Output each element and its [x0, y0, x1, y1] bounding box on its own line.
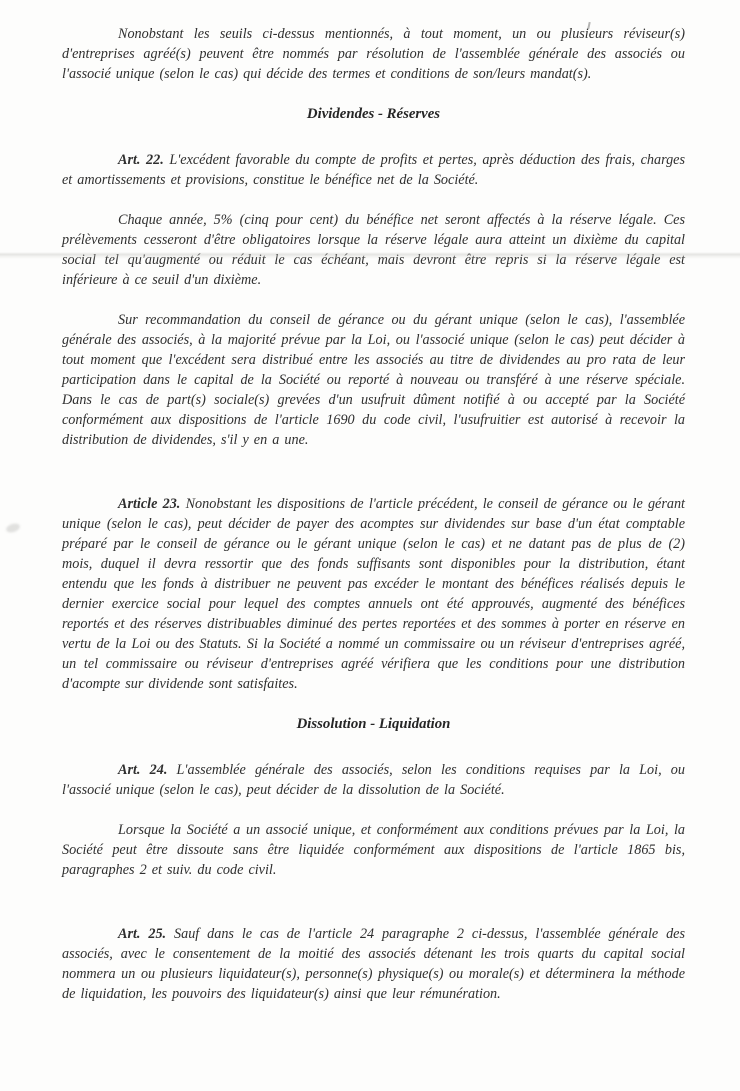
article-23-text: Nonobstant les dispositions de l'article…: [62, 496, 685, 692]
paragraph-article-25: Art. 25. Sauf dans le cas de l'article 2…: [62, 924, 685, 1004]
scanned-document-page: Nonobstant les seuils ci-dessus mentionn…: [0, 0, 740, 1091]
article-24-label: Art. 24.: [118, 762, 167, 778]
paragraph-article-24: Art. 24. L'assemblée générale des associ…: [62, 760, 685, 800]
paragraph-article-23: Article 23. Nonobstant les dispositions …: [62, 494, 685, 694]
paragraph-distribution-dividendes: Sur recommandation du conseil de gérance…: [62, 310, 685, 450]
paragraph-article-22: Art. 22. L'excédent favorable du compte …: [62, 150, 685, 190]
document-body: Nonobstant les seuils ci-dessus mentionn…: [0, 0, 740, 1004]
paragraph-associe-unique-dissolution: Lorsque la Société a un associé unique, …: [62, 820, 685, 880]
article-22-label: Art. 22.: [118, 152, 164, 168]
paragraph-reviseurs-nomination: Nonobstant les seuils ci-dessus mentionn…: [62, 24, 685, 84]
heading-dissolution-liquidation: Dissolution - Liquidation: [62, 714, 685, 734]
paragraph-reserve-legale: Chaque année, 5% (cinq pour cent) du bén…: [62, 210, 685, 290]
article-25-label: Art. 25.: [118, 926, 166, 942]
article-23-label: Article 23.: [118, 496, 180, 512]
heading-dividendes-reserves: Dividendes - Réserves: [62, 104, 685, 124]
